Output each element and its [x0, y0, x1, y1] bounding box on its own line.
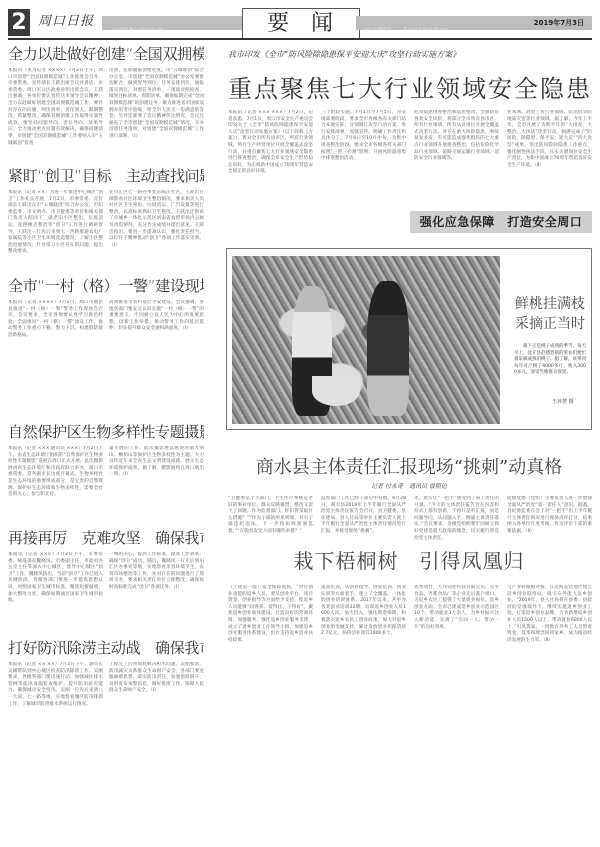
article-chuangwei-success: 再接再厉 克难攻坚 确保我市“创卫”成功 本报讯（记者 ×××）7月2日下午，市…: [8, 528, 204, 634]
section-title: 要闻: [242, 8, 360, 38]
masthead-rule: [8, 38, 592, 40]
report-headline: 商水县主体责任汇报现场“挑刺”动真格: [226, 456, 592, 480]
report-body: “卫健委是个大部门，卫生医疗系统是老旧的事业单位，群众反映强烈，整改又留下了问题…: [228, 496, 592, 542]
article-body: 范围，定期通报创建进度。市“五城联创”综合办公室、市创建“全国双拥模范城”办公室…: [109, 68, 204, 162]
article-body: 本报讯（记者 ××）为进一步推进中心城区“创卫”工作扎实开展，7月2日，市委常委…: [8, 190, 103, 272]
article-headline: 再接再厉 克难攻坚 确保我市“创卫”成功: [8, 528, 204, 548]
photo-title-line: 采摘正当时: [512, 314, 588, 334]
feature-body-column: 与产业转移相对接，在沿海发达地区建立返乡创业联络站，吸引在外能人返乡创业。“20…: [507, 585, 592, 840]
article-headline: 全力以赴做好创建“全国双拥模范城”工作: [8, 44, 204, 64]
peach-harvest-photo: [232, 256, 500, 424]
feature-body: （上接第一版）安全保障兜底，“对有创业意愿的返乡人员，要从创业平台、项目资金、创…: [228, 585, 592, 840]
page-number: 2: [8, 9, 30, 36]
article-photo-exhibition: 自然保护区生物多样性专题摄影展来周开展 本报讯（记者 ××× 通讯员 ×××）7…: [8, 422, 204, 524]
article-headline: 打好防汛除涝主动战 确保我市安全度汛: [8, 638, 204, 658]
report-body-column: 促使党委（党组）主要负责人进一步增强全面从严治党“第一责任人”意识。据悉，县纪委…: [507, 496, 592, 542]
article-headline: 全市“一村（格）一警”建设现场会在鹿邑召开: [8, 276, 204, 296]
article-body: 高效推进市农村基层平安建设。会议强调，各地各部门要充分认识实施“一村（格）一警”…: [109, 300, 204, 418]
lead-body-column: 三个阶段实施。7月1日至7月5日，为安排部署阶段。要求全市各级各有关部门结合本地…: [321, 110, 406, 238]
feature-body-column: 提高培训，从创业指导、创业培训、创业实训等方面着手，建立了全覆盖、一体化的创业培…: [321, 585, 406, 840]
left-column: 全力以赴做好创建“全国双拥模范城”工作 本报讯（见习记者 ××××）7月2日上午…: [8, 44, 204, 776]
phone-line: 电话 8199133: [356, 23, 391, 37]
article-body: 本报讯（记者 ××××）7月2日，周口市鹿邑县推进“一村（格）一警”警务工作现场…: [8, 300, 103, 418]
lead-kicker: 我市印发《全市“防风险除隐患保平安迎大庆”攻坚行动实施方案》: [228, 49, 460, 61]
report-byline: 记者 付永奇 通讯员 曾照伦: [226, 482, 592, 491]
lead-body-column: 本报讯（记者 ××× ×××）7月2日，记者获悉，7月1日，周口市安全生产委员会…: [228, 110, 313, 238]
lead-headline: 重点聚焦七大行业领域安全隐患: [228, 74, 592, 104]
article-body: 本报讯（记者 ××× 通讯员 ×××）7月2日上午，由省生态环境厅组织的“自然保…: [8, 446, 103, 524]
paper-name: 周口日报: [38, 13, 94, 31]
photo-title: 鲜桃挂满枝 采摘正当时: [512, 294, 588, 334]
feature-headline: 栽下梧桐树 引得凤凰归: [226, 548, 592, 574]
editors-line: 责任编辑 魏丹 责任校对 胡松: [102, 27, 164, 32]
article-headline: 紧盯“创卫”目标 主动查找问题: [8, 166, 204, 186]
article-body: 本报讯（记者 ×××）7月2日下午，市委常委、统战部长魏晓风，市委副主任、市政府…: [8, 552, 103, 634]
article-body: 量开展的工作。此次摄影展以展现河南大别山、桐柏山等保护区生物多样性为主题，大力宣…: [109, 446, 204, 524]
feature-body-column: 优秀项目，天邦饲业科技有限公司、雪冬食品、齐都食品厂等企业先后落户周口，为返乡农…: [414, 585, 499, 840]
person-figure: [367, 281, 409, 416]
article-chuangwei-target: 紧盯“创卫”目标 主动查找问题 本报讯（记者 ××）为进一步推进中心城区“创卫”…: [8, 166, 204, 272]
photo-credit: 王环慧 摄: [552, 399, 574, 406]
article-body: 一城的决心，提高工作标准，提高工作效率，确保“创卫”成功。随后，魏晓风一行先后到…: [109, 552, 204, 634]
article-headline: 自然保护区生物多样性专题摄影展来周开展: [8, 422, 204, 442]
masthead-band-left: 责任编辑 魏丹 责任校对 胡松: [102, 16, 247, 30]
photo-caption: 眼下正是桃子成熟的季节，每天早上，沈丘县赵德营镇的果农们便忙着采摘成熟的桃子。据…: [514, 344, 586, 377]
article-flood-control: 打好防汛除涝主动战 确保我市安全度汛 本报讯（记者 ×× ××）7月2日下午，副…: [8, 638, 204, 772]
feature-body-column: （上接第一版）安全保障兜底，“对有创业意愿的返乡人员，要从创业平台、项目资金、创…: [228, 585, 313, 840]
article-shuangyong: 全力以赴做好创建“全国双拥模范城”工作 本报讯（见习记者 ××××）7月2日上午…: [8, 44, 204, 162]
article-body: 本报讯（记者 ×× ××）7月2日下午，副市长吴刚带队到中心城区检查防汛除涝工作…: [8, 662, 103, 772]
article-body: 工程完工后将彻底解决积水问题。吴刚要求，防汛减灾关系群众生命财产安全，各部门要克…: [109, 662, 204, 772]
photo-title-line: 鲜桃挂满枝: [512, 294, 588, 314]
masthead: 2 周口日报 责任编辑 魏丹 责任校对 胡松 要闻 电话 8199133 E-m…: [8, 8, 592, 38]
report-body-column: 见，着实让“一把手”感受到了肩上责任的分量。“今天的主体责任报告会在内容和形式上…: [414, 496, 499, 542]
lead-body-column: 业领域、冶金工贸行业领域、防汛抗旱防地质灾害等行业领域。据了解，今年上半年，全市…: [507, 110, 592, 206]
email-line: E-mail:zkrb@126.com: [396, 23, 448, 37]
photo-feature: 鲜桃挂满枝 采摘正当时 眼下正是桃子成熟的季节，每天早上，沈丘县赵德营镇的果农们…: [226, 248, 592, 430]
sub-banner: 强化应急保障 打造安全周口: [410, 211, 592, 233]
report-body-column: “卫健委是个大部门，卫生医疗系统是老旧的事业单位，群众反映强烈，整改又留下了问题…: [228, 496, 313, 542]
peach-basket: [312, 376, 360, 406]
issue-date: 2019年7月3日: [534, 16, 584, 30]
lead-body-column: 危及隐患排查整治和隐患整改，全面防范各类安全风险，将部分全市所有县市区、所有行业…: [414, 110, 499, 206]
report-body-column: 监督部门工作已经干部心中有数。6月28日，商水县2019年上半年履行全面从严治党…: [321, 496, 406, 542]
article-body: 本报讯（见习记者 ××××）7月2日上午，周口市创建“全国双拥模范城”工作推进会…: [8, 68, 103, 162]
article-body: 在川汇区七一路办事处东陈庄社区，王跃出仔细察看社区环境卫生整治情况，要求相关人员…: [109, 190, 204, 272]
article-one-village-one-police: 全市“一村（格）一警”建设现场会在鹿邑召开 本报讯（记者 ××××）7月2日，周…: [8, 276, 204, 418]
